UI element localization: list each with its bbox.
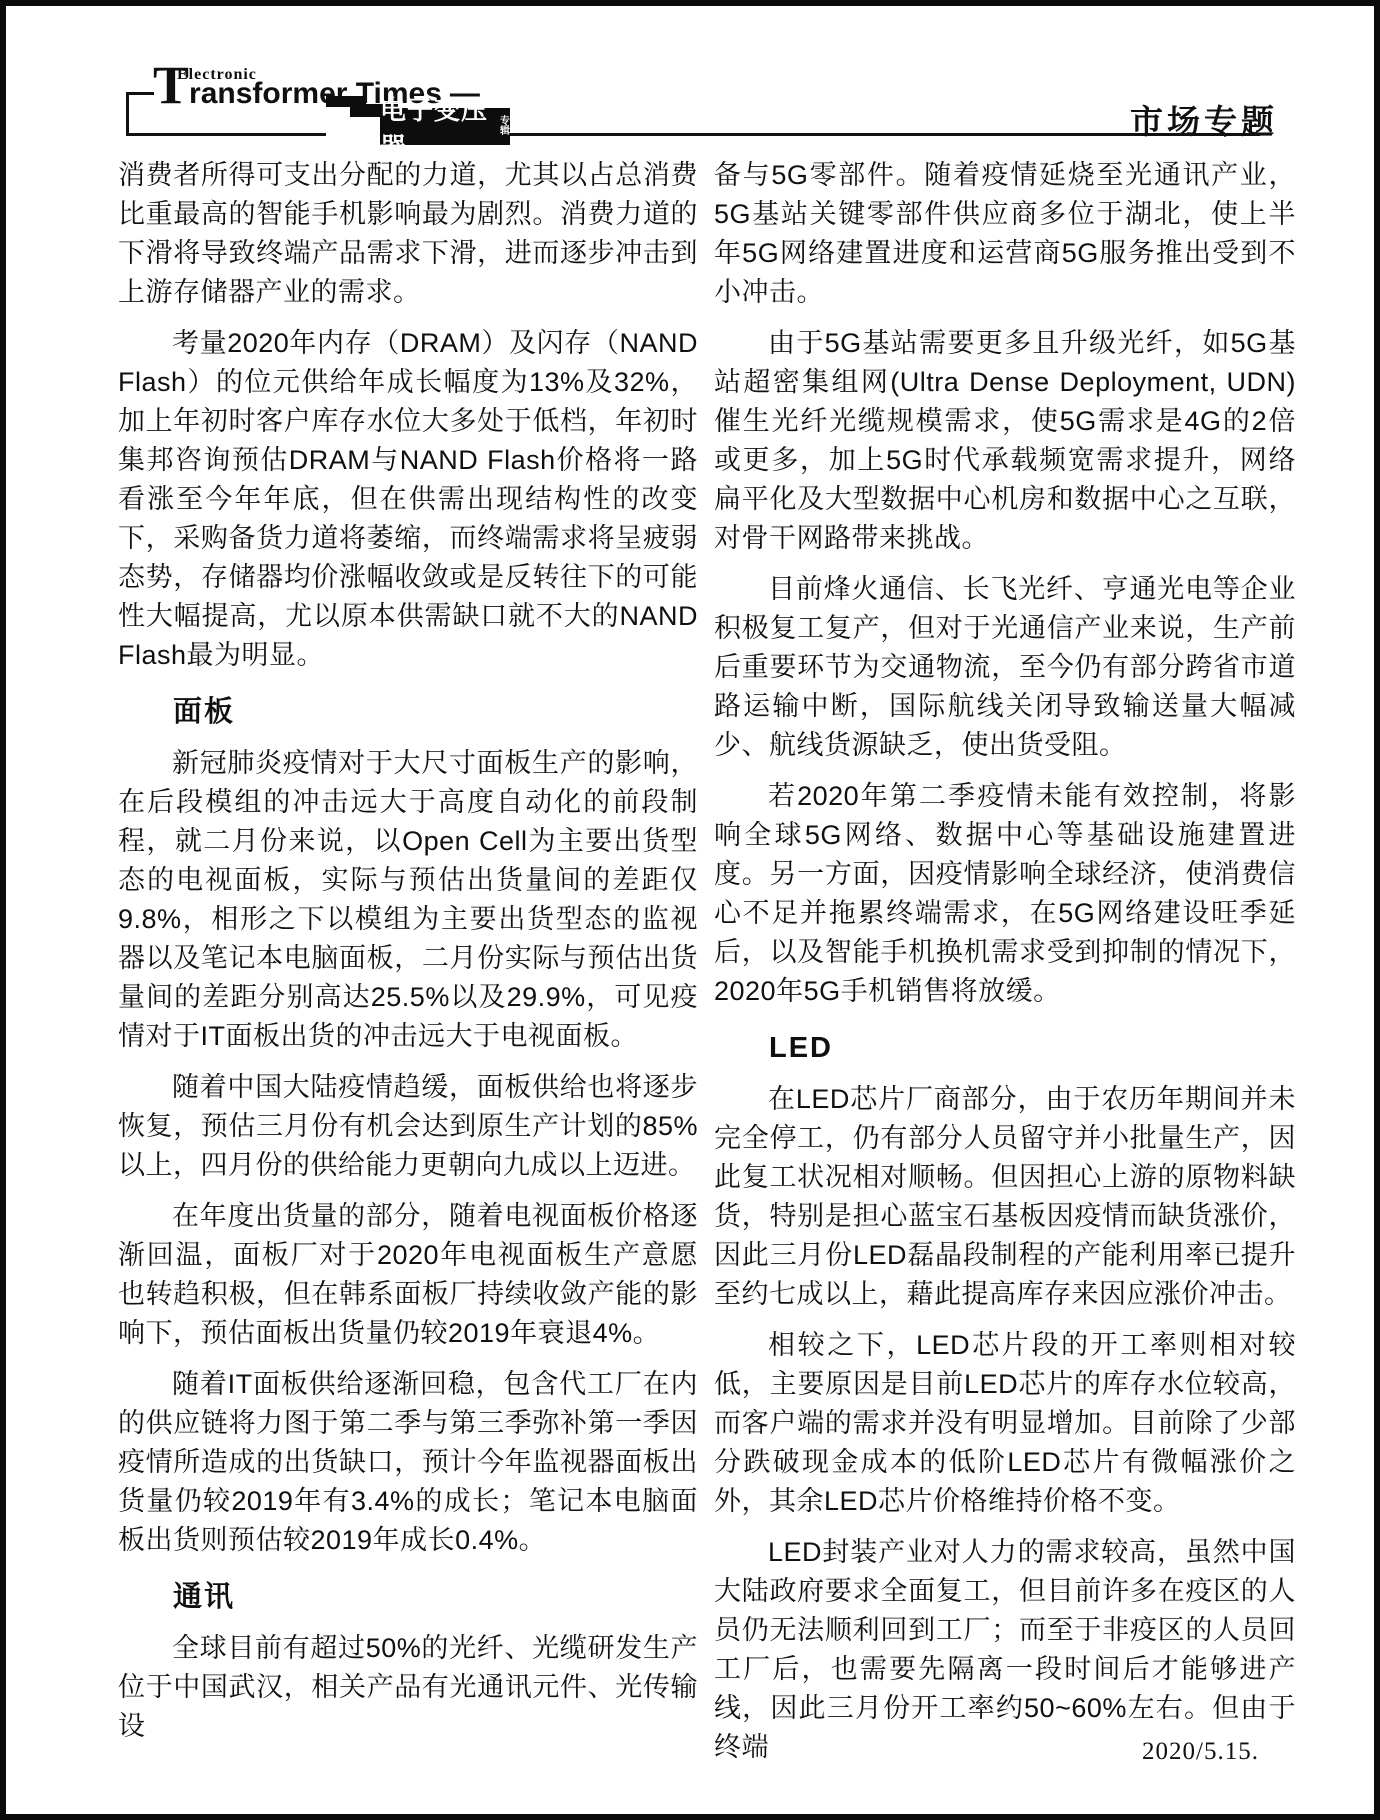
logo-initial-letter: T [153, 58, 189, 112]
masthead-dash-line [126, 92, 154, 95]
paragraph: 由于5G基站需要更多且升级光纤，如5G基站超密集组网(Ultra Dense D… [714, 324, 1296, 558]
section-heading: 面板 [118, 693, 698, 732]
left-text-column: 消费者所得可支出分配的力道，尤其以占总消费比重最高的智能手机影响最为剧烈。消费力… [118, 156, 698, 1758]
paragraph: 全球目前有超过50%的光纤、光缆研发生产位于中国武汉，相关产品有光通讯元件、光传… [118, 1629, 698, 1746]
paragraph: 新冠肺炎疫情对于大尺寸面板生产的影响，在后段模组的冲击远大于高度自动化的前段制程… [118, 744, 698, 1056]
paragraph: 消费者所得可支出分配的力道，尤其以占总消费比重最高的智能手机影响最为剧烈。消费力… [118, 156, 698, 312]
page-date: 2020/5.15. [1142, 1738, 1259, 1766]
paragraph: 备与5G零部件。随着疫情延烧至光通讯产业，5G基站关键零部件供应商多位于湖北，使… [714, 156, 1296, 312]
paragraph: 随着IT面板供给逐渐回稳，包含代工厂在内的供应链将力图于第二季与第三季弥补第一季… [118, 1365, 698, 1560]
chinese-logo-mini-text: 专 辑 [500, 117, 510, 137]
paragraph: 随着中国大陆疫情趋缓，面板供给也将逐步恢复，预估三月份有机会达到原生产计划的85… [118, 1068, 698, 1185]
magazine-page: Electronic Transformer Times — 电子变压器 专 辑… [0, 0, 1380, 1820]
paragraph: 目前烽火通信、长飞光纤、亨通光电等企业积极复工复产，但对于光通信产业来说，生产前… [714, 570, 1296, 765]
paragraph: 相较之下，LED芯片段的开工率则相对较低，主要原因是目前LED芯片的库存水位较高… [714, 1326, 1296, 1521]
paragraph: 考量2020年内存（DRAM）及闪存（NAND Flash）的位元供给年成长幅度… [118, 324, 698, 675]
paragraph: LED封装产业对人力的需求较高，虽然中国大陆政府要求全面复工，但目前许多在疫区的… [714, 1533, 1296, 1767]
section-heading: LED [714, 1029, 1296, 1068]
section-heading: 通讯 [118, 1578, 698, 1617]
right-text-column: 备与5G零部件。随着疫情延烧至光通讯产业，5G基站关键零部件供应商多位于湖北，使… [714, 156, 1296, 1779]
masthead-bracket-line [126, 92, 129, 136]
paragraph: 在LED芯片厂商部分，由于农历年期间并未完全停工，仍有部分人员留守并小批量生产，… [714, 1080, 1296, 1314]
paragraph: 若2020年第二季疫情未能有效控制，将影响全球5G网络、数据中心等基础设施建置进… [714, 777, 1296, 1011]
page-section-title: 市场专题 [1130, 96, 1278, 143]
header-rule-left [126, 133, 326, 136]
paragraph: 在年度出货量的部分，随着电视面板价格逐渐回温，面板厂对于2020年电视面板生产意… [118, 1197, 698, 1353]
chinese-logo-box: 电子变压器 专 辑 [380, 108, 510, 145]
chinese-logo-text: 电子变压器 [380, 90, 497, 164]
